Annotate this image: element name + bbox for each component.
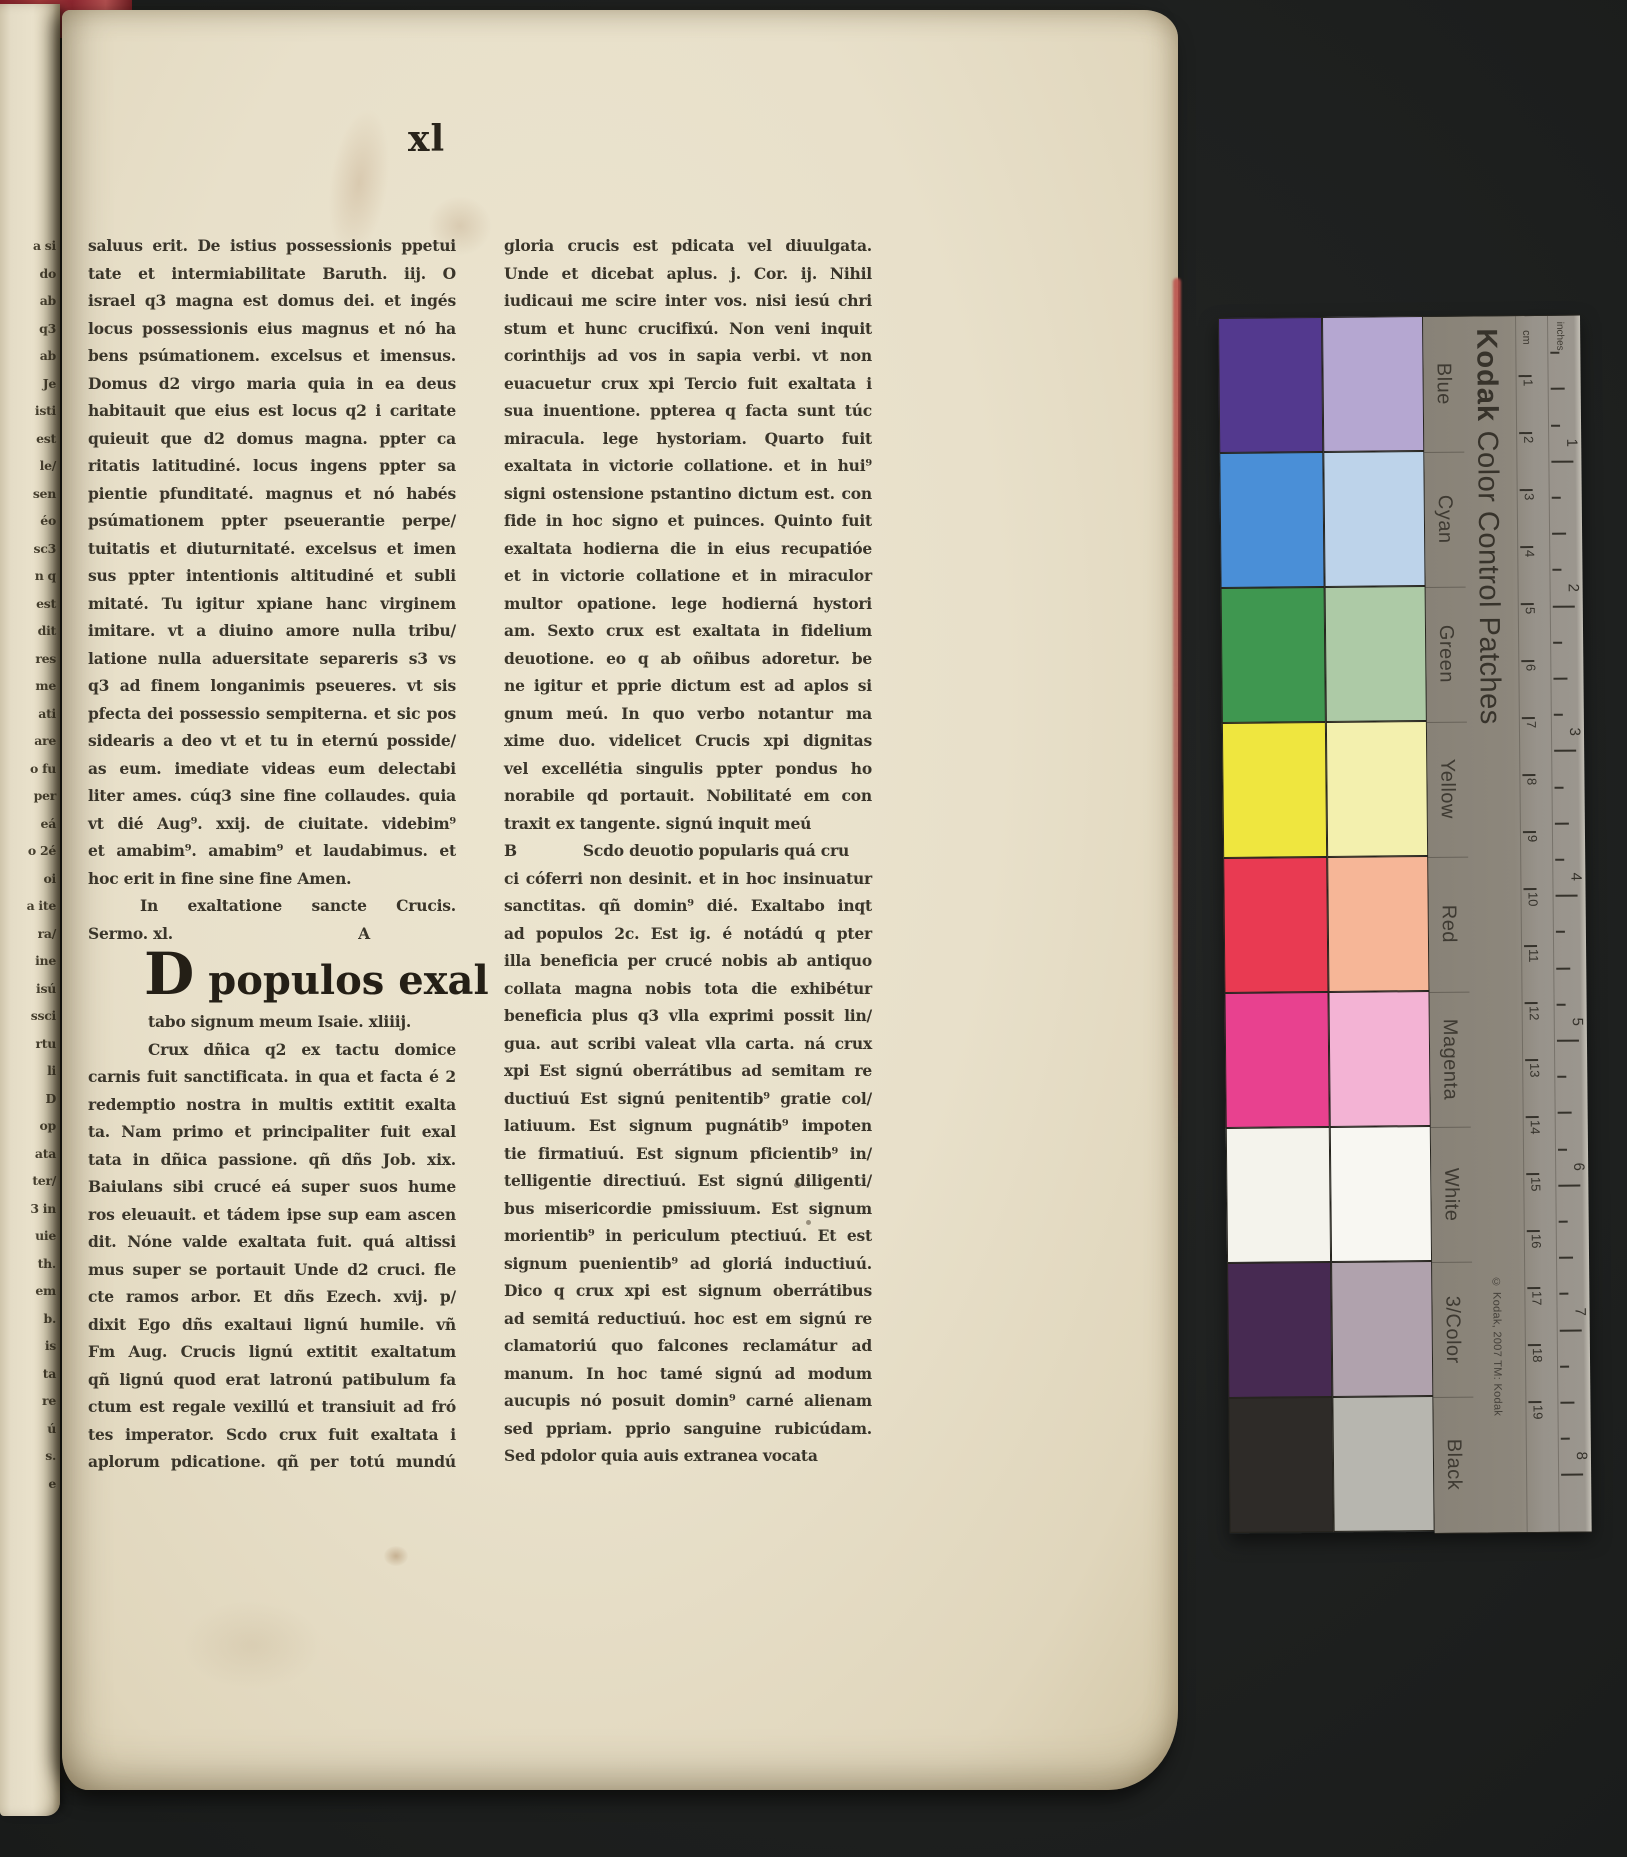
folio-number: xl — [408, 118, 445, 160]
text-line: telligentie directiuú. Est signú diligen… — [504, 1167, 872, 1195]
text-line: Baiulans sibi crucé eá super suos hume — [88, 1173, 456, 1201]
text-fragment: ata — [0, 1140, 56, 1168]
text-line: tes imperator. Scdo crux fuit exaltata i — [88, 1421, 456, 1449]
inch-quarter-tick — [1560, 1366, 1569, 1368]
inch-tick-number: 2 — [1565, 584, 1582, 593]
text-fragment: ine — [0, 947, 56, 975]
text-fragment: ú — [0, 1415, 56, 1443]
text-line: morientib⁹ in periculum ptectiuú. Et est — [504, 1222, 872, 1250]
cm-tick-number: 6 — [1523, 664, 1538, 671]
cm-tick-number: 2 — [1521, 436, 1536, 443]
inch-tick-number: 4 — [1567, 873, 1584, 882]
book-page: xl saluus erit. De istius possessionis p… — [62, 10, 1178, 1790]
color-patch-blue-pastel — [1322, 316, 1424, 452]
patch-label-cyan: Cyan — [1432, 452, 1456, 587]
cm-tick-number: 17 — [1529, 1291, 1544, 1306]
text-fragment: D — [0, 1085, 56, 1113]
text-line: clamatoriú quo falcones reclamátur ad — [504, 1332, 872, 1360]
cm-tick-number: 7 — [1524, 721, 1539, 728]
cm-tick — [1522, 717, 1535, 719]
cm-tick-number: 4 — [1522, 550, 1537, 557]
patch-label-yellow: Yellow — [1435, 722, 1459, 857]
color-patch-row — [1219, 451, 1425, 588]
row-separator — [1433, 1397, 1473, 1398]
text-line: am. Sexto crux est exaltata in fidelium — [504, 617, 872, 645]
inch-quarter-tick — [1553, 678, 1567, 680]
row-separator — [1431, 1127, 1471, 1128]
inch-quarter-tick — [1561, 1438, 1570, 1440]
cm-tick-number: 15 — [1528, 1177, 1543, 1192]
text-line: aucupis nó posuit domin⁹ carné alienam — [504, 1387, 872, 1415]
text-line: ductiuú Est signú penitentib⁹ gratie col… — [504, 1085, 872, 1113]
cm-tick-number: 10 — [1526, 892, 1541, 907]
text-line: exaltata in victorie collatione. et in h… — [504, 452, 872, 480]
text-line: sus ppter intentionis altitudiné et subl… — [88, 562, 456, 590]
text-line: traxit ex tangente. signú inquit meú — [504, 810, 872, 838]
text-line: Unde et dicebat aplus. j. Cor. ij. Nihil — [504, 260, 872, 288]
kodak-copyright: © Kodak, 2007 TM: Kodak — [1490, 1276, 1503, 1416]
cm-tick — [1522, 774, 1535, 776]
cm-tick — [1527, 1230, 1540, 1232]
text-line: dit. Nóne valde exaltata fuit. quá altis… — [88, 1228, 456, 1256]
cm-tick — [1527, 1287, 1540, 1289]
text-fragment: ab — [0, 287, 56, 315]
color-patch-row — [1218, 316, 1424, 453]
inch-tick — [1554, 750, 1576, 752]
text-fragment: e — [0, 1470, 56, 1498]
inch-quarter-tick — [1557, 1004, 1566, 1006]
color-patch-green — [1221, 587, 1326, 723]
inch-tick — [1560, 1330, 1582, 1332]
text-fragment: n q — [0, 562, 56, 590]
inch-tick-number: 5 — [1569, 1018, 1586, 1027]
text-line: xime duo. videlicet Crucis xpi dignitas — [504, 727, 872, 755]
text-fragment: me — [0, 672, 56, 700]
cm-tick — [1528, 1401, 1541, 1403]
row-separator — [1427, 722, 1467, 723]
inch-tick — [1561, 1474, 1583, 1476]
text-fragment: o 2é — [0, 837, 56, 865]
text-line: Dico q crux xpi est signum oberrátibus — [504, 1277, 872, 1305]
inch-quarter-tick — [1554, 714, 1563, 716]
color-patch-black — [1228, 1397, 1333, 1533]
inch-quarter-tick — [1558, 1149, 1567, 1151]
text-line: hoc erit in fine sine fine Amen. — [88, 865, 456, 893]
text-line: bens psúmationem. excelsus et imensus. — [88, 342, 456, 370]
text-fragment: Je — [0, 370, 56, 398]
kodak-label-panel: Kodak Color Control Patches © Kodak, 200… — [1423, 315, 1592, 1534]
color-patch-red-pastel — [1327, 856, 1429, 992]
text-line: Domus d2 virgo maria quia in ea deus — [88, 370, 456, 398]
text-fragment: ati — [0, 700, 56, 728]
inch-tick-number: 1 — [1563, 439, 1580, 448]
text-line: iudicaui me scire inter vos. nisi iesú c… — [504, 287, 872, 315]
inch-quarter-tick — [1552, 497, 1561, 499]
inch-quarter-tick — [1551, 388, 1565, 390]
sermon-display-heading: D populos exal — [88, 947, 456, 1008]
text-line: ritatis latitudiné. locus ingens ppter s… — [88, 452, 456, 480]
text-line: norabile qd portauit. Nobilitaté em con — [504, 782, 872, 810]
color-patch-magenta-pastel — [1328, 991, 1430, 1127]
cm-tick — [1523, 888, 1536, 890]
text-fragment: eá — [0, 810, 56, 838]
text-line: miracula. lege hystoriam. Quarto fuit — [504, 425, 872, 453]
text-fragment: éo — [0, 507, 56, 535]
text-line: aplorum pdicatione. qñ per totú mundú — [88, 1448, 456, 1476]
text-line: fide in hoc signo et puinces. Quinto fui… — [504, 507, 872, 535]
inch-quarter-tick — [1552, 569, 1561, 571]
text-fragment: q3 — [0, 315, 56, 343]
text-fragment: ab — [0, 342, 56, 370]
text-line: signi ostensione pstantino dictum est. c… — [504, 480, 872, 508]
text-line: BScdo deuotio popularis quá cru — [504, 837, 872, 865]
cm-tick-number: 19 — [1530, 1405, 1545, 1420]
text-fragment: isti — [0, 397, 56, 425]
text-line: pientie pfunditaté. magnus et nó habés — [88, 480, 456, 508]
patch-label-red: Red — [1436, 857, 1460, 992]
cm-tick-number: 11 — [1526, 949, 1541, 963]
text-line: as eum. imediate videas eum delectabi — [88, 755, 456, 783]
text-line: euacuetur crux xpi Tercio fuit exaltata … — [504, 370, 872, 398]
text-line: psúmationem ppter pseuerantie perpe/ — [88, 507, 456, 535]
text-line: tate et intermiabilitate Baruth. iij. O — [88, 260, 456, 288]
inch-quarter-tick — [1555, 787, 1564, 789]
inch-quarter-tick — [1556, 968, 1570, 970]
text-column-left: saluus erit. De istius possessionis ppet… — [88, 232, 456, 1476]
cm-tick — [1520, 546, 1533, 548]
kodak-brand: Kodak — [1470, 328, 1503, 422]
row-separator — [1426, 587, 1466, 588]
cm-tick — [1525, 1002, 1538, 1004]
cm-tick-number: 16 — [1529, 1234, 1544, 1249]
color-patch-row — [1223, 856, 1429, 993]
row-separator — [1429, 992, 1469, 993]
cm-tick — [1526, 1173, 1539, 1175]
text-line: israel q3 magna est domus dei. et ingés — [88, 287, 456, 315]
text-line: ad populos 2c. Est ig. é notádú q pter — [504, 920, 872, 948]
patch-label-green: Green — [1434, 587, 1458, 722]
text-fragment: a si — [0, 232, 56, 260]
color-patch-blue — [1218, 317, 1323, 453]
cm-tick-number: 13 — [1527, 1063, 1542, 1078]
text-line: tata in dñica passione. qñ dñs Job. xix. — [88, 1146, 456, 1174]
text-line: beneficia plus q3 vlla exprimi possit li… — [504, 1002, 872, 1030]
text-line: latiuum. Est signum pugnátib⁹ impoten — [504, 1112, 872, 1140]
color-patch-row — [1221, 586, 1427, 723]
text-line: q3 ad finem longanimis pseueres. vt sis — [88, 672, 456, 700]
text-line: latione nulla aduersitate separeris s3 v… — [88, 645, 456, 673]
inch-quarter-tick — [1551, 425, 1560, 427]
color-patch-red — [1223, 857, 1328, 993]
text-line: In exaltatione sancte Crucis. — [88, 892, 456, 920]
cm-tick — [1524, 945, 1537, 947]
inch-quarter-tick — [1559, 1293, 1568, 1295]
text-fragment: ta — [0, 1360, 56, 1388]
cm-tick-number: 8 — [1524, 778, 1539, 785]
text-line: illa beneficia per crucé nobis ab antiqu… — [504, 947, 872, 975]
inch-tick-number: 3 — [1566, 728, 1583, 737]
kodak-title: Kodak Color Control Patches — [1469, 328, 1506, 725]
text-line: exaltata hodierna die in eius recupatióe — [504, 535, 872, 563]
text-fragment: ra/ — [0, 920, 56, 948]
inches-unit-label: inches — [1554, 322, 1565, 351]
text-fragment: em — [0, 1277, 56, 1305]
text-line: mitaté. Tu igitur xpiane hanc virginem — [88, 590, 456, 618]
paper-spot — [384, 1546, 408, 1566]
cm-tick-number: 1 — [1521, 379, 1536, 386]
initial-letter: B — [504, 837, 517, 865]
cm-tick — [1521, 603, 1534, 605]
cm-tick-number: 5 — [1523, 607, 1538, 614]
cm-tick — [1521, 660, 1534, 662]
text-fragment: est — [0, 590, 56, 618]
inch-tick-number: 7 — [1572, 1307, 1589, 1316]
cm-tick — [1523, 831, 1536, 833]
text-line: gnum meú. In quo verbo notantur ma — [504, 700, 872, 728]
inch-tick — [1553, 606, 1575, 608]
color-patch-row — [1224, 991, 1430, 1128]
text-line: signum puenientib⁹ ad gloriá inductiuú. — [504, 1250, 872, 1278]
text-line: carnis fuit sanctificata. in qua et fact… — [88, 1063, 456, 1091]
cm-tick — [1528, 1344, 1541, 1346]
text-line: ne igitur et pprie dictum est ad aplos s… — [504, 672, 872, 700]
text-line: Fm Aug. Crucis lignú extitit exaltatum — [88, 1338, 456, 1366]
color-patch-grid — [1218, 316, 1435, 1533]
inch-quarter-tick — [1559, 1221, 1568, 1223]
text-line: bus misericordie pmissiuum. Est signum — [504, 1195, 872, 1223]
text-line: ros eleuauit. et tádem ipse sup eam asce… — [88, 1201, 456, 1229]
text-segment: Scdo deuotio popularis quá cru — [583, 837, 849, 865]
inch-tick — [1557, 1040, 1579, 1042]
text-line: sed ppriam. pprio sanguine rubicúdam. — [504, 1415, 872, 1443]
previous-page-edge: a sidoabq3abJeistiestle/senéosc3n qestdi… — [0, 4, 60, 1816]
cm-tick — [1520, 489, 1533, 491]
text-fragment: sen — [0, 480, 56, 508]
text-fragment: th. — [0, 1250, 56, 1278]
inch-quarter-tick — [1555, 823, 1569, 825]
inch-quarter-tick — [1556, 931, 1565, 933]
text-fragment: do — [0, 260, 56, 288]
text-line: dixit Ego dñs exaltaui lignú humile. vñ — [88, 1311, 456, 1339]
color-patch-white — [1226, 1127, 1331, 1263]
text-column-right: gloria crucis est pdicata vel diuulgata.… — [504, 232, 872, 1470]
inch-tick-number: 8 — [1573, 1451, 1590, 1460]
text-fragment: s. — [0, 1442, 56, 1470]
text-line: deuotione. eo q ab oñibus adoretur. be — [504, 645, 872, 673]
text-fragment: per — [0, 782, 56, 810]
text-fragment: isú — [0, 975, 56, 1003]
text-line: corinthijs ad vos in sapia verbi. vt non — [504, 342, 872, 370]
inch-quarter-tick — [1553, 642, 1562, 644]
text-line: et amabim⁹. amabim⁹ et laudabimus. et — [88, 837, 456, 865]
cm-tick — [1519, 432, 1532, 434]
text-fragment: ter/ — [0, 1167, 56, 1195]
text-line: quieuit que d2 domus magna. ppter ca — [88, 425, 456, 453]
text-line: sanctitas. qñ domin⁹ dié. Exaltabo inqt — [504, 892, 872, 920]
text-fragment: re — [0, 1387, 56, 1415]
text-line: saluus erit. De istius possessionis ppet… — [88, 232, 456, 260]
text-line: sidearis a deo vt et tu in eternú possid… — [88, 727, 456, 755]
text-line: manum. In hoc tamé signú ad modum — [504, 1360, 872, 1388]
cm-tick — [1526, 1116, 1539, 1118]
color-patch-row — [1228, 1396, 1434, 1533]
red-fore-edge — [1173, 278, 1181, 1144]
text-fragment: ssci — [0, 1002, 56, 1030]
text-fragment: a ite — [0, 892, 56, 920]
cm-tick-number: 18 — [1530, 1348, 1545, 1363]
text-fragment: res — [0, 645, 56, 673]
paper-stain — [182, 1600, 322, 1690]
cm-unit-label: cm — [1520, 330, 1532, 345]
cm-tick — [1519, 375, 1532, 377]
text-fragment: le/ — [0, 452, 56, 480]
inch-quarter-tick — [1559, 1257, 1573, 1259]
text-fragment: rtu — [0, 1030, 56, 1058]
text-line: pfecta dei possessio sempiterna. et sic … — [88, 700, 456, 728]
text-line: gloria crucis est pdicata vel diuulgata. — [504, 232, 872, 260]
text-line: vel excellétia singulis ppter pondus ho — [504, 755, 872, 783]
inch-quarter-tick — [1552, 533, 1566, 535]
row-separator — [1428, 857, 1468, 858]
inch-quarter-tick — [1557, 1076, 1566, 1078]
signature-mark: A — [358, 920, 370, 948]
inch-tick-number: 6 — [1570, 1162, 1587, 1171]
text-fragment: op — [0, 1112, 56, 1140]
text-fragment: sc3 — [0, 535, 56, 563]
text-fragment: uie — [0, 1222, 56, 1250]
patch-label-magenta: Magenta — [1437, 992, 1461, 1127]
inch-quarter-tick — [1550, 352, 1559, 354]
text-fragment: 3 in — [0, 1195, 56, 1223]
text-line: stum et hunc crucifixú. Non veni inquit — [504, 315, 872, 343]
patch-label-3/color: 3/Color — [1440, 1262, 1464, 1397]
patch-label-black: Black — [1441, 1397, 1465, 1532]
patch-label-blue: Blue — [1431, 317, 1455, 452]
color-patch-white-pastel — [1330, 1126, 1432, 1262]
text-fragment: is — [0, 1332, 56, 1360]
text-line: sua inuentione. ppterea q facta sunt túc — [504, 397, 872, 425]
text-line: liter ames. cúq3 sine fine collaudes. qu… — [88, 782, 456, 810]
inch-tick — [1551, 461, 1573, 463]
text-fragment: oi — [0, 865, 56, 893]
text-fragment: est — [0, 425, 56, 453]
inch-tick — [1558, 1185, 1580, 1187]
text-fragment: dit — [0, 617, 56, 645]
text-line: ci cóferri non desinit. et in hoc insinu… — [504, 865, 872, 893]
previous-page-text-fragments: a sidoabq3abJeistiestle/senéosc3n qestdi… — [0, 232, 59, 1497]
cm-tick-number: 12 — [1527, 1006, 1542, 1021]
color-patch-row — [1226, 1126, 1432, 1263]
color-patch-green-pastel — [1325, 586, 1427, 722]
inch-quarter-tick — [1558, 1112, 1572, 1114]
text-line: ta. Nam primo et principaliter fuit exal — [88, 1118, 456, 1146]
text-line: habitauit que eius est locus q2 i carita… — [88, 397, 456, 425]
row-separator — [1424, 452, 1464, 453]
color-patch-cyan — [1219, 452, 1324, 588]
text-fragment: li — [0, 1057, 56, 1085]
color-patch-3/color-pastel — [1331, 1261, 1433, 1397]
text-line: tuitatis et diuturnitaté. excelsus et im… — [88, 535, 456, 563]
color-patch-cyan-pastel — [1323, 451, 1425, 587]
text-line: Sed pdolor quia auis extranea vocata — [504, 1442, 872, 1470]
text-line: collata magna nobis tota die exhibétur — [504, 975, 872, 1003]
text-fragment: o fu — [0, 755, 56, 783]
cm-tick-number: 14 — [1528, 1120, 1543, 1135]
text-line: imitare. vt a diuino amore nulla tribu/ — [88, 617, 456, 645]
text-line: cte ramos arbor. Et dñs Ezech. xvij. p/ — [88, 1283, 456, 1311]
color-patch-yellow — [1222, 722, 1327, 858]
color-patch-3/color — [1227, 1262, 1332, 1398]
text-line: Crux dñica q2 ex tactu domice — [88, 1036, 456, 1064]
cm-tick-number: 9 — [1525, 835, 1540, 842]
text-line: gua. aut scribi valeat vlla carta. ná cr… — [504, 1030, 872, 1058]
text-line: mus super se portauit Unde d2 cruci. fle — [88, 1256, 456, 1284]
color-patch-row — [1227, 1261, 1433, 1398]
text-line: qñ lignú quod erat latronú patibulum fa — [88, 1366, 456, 1394]
color-patch-black-pastel — [1332, 1396, 1434, 1532]
text-line: tie firmatiuú. Est signum pficientib⁹ in… — [504, 1140, 872, 1168]
inch-quarter-tick — [1555, 859, 1564, 861]
patch-label-white: White — [1439, 1127, 1463, 1262]
row-separator — [1432, 1262, 1472, 1263]
text-line: xpi Est signú oberrátibus ad semitam re — [504, 1057, 872, 1085]
text-fragment: b. — [0, 1305, 56, 1333]
color-patch-row — [1222, 721, 1428, 858]
cm-tick-number: 3 — [1522, 493, 1537, 500]
text-line: multor opatione. lege hodierná hystori — [504, 590, 872, 618]
text-line: ad semitá reductiuú. hoc est em signú re — [504, 1305, 872, 1333]
inch-quarter-tick — [1560, 1402, 1574, 1404]
text-fragment: are — [0, 727, 56, 755]
text-line: locus possessionis eius magnus et nó ha — [88, 315, 456, 343]
text-line: et in victorie collatione et in miraculo… — [504, 562, 872, 590]
cm-tick — [1525, 1059, 1538, 1061]
text-line: ctum est regale vexillú et transiuit ad … — [88, 1393, 456, 1421]
text-line: tabo signum meum Isaie. xliiij. — [88, 1008, 456, 1036]
text-line: vt dié Aug⁹. xxij. de ciuitate. videbim⁹ — [88, 810, 456, 838]
color-patch-yellow-pastel — [1326, 721, 1428, 857]
kodak-color-target: Kodak Color Control Patches © Kodak, 200… — [1218, 315, 1592, 1534]
text-line: redemptio nostra in multis extitit exalt… — [88, 1091, 456, 1119]
inch-tick — [1556, 895, 1578, 897]
kodak-title-rest: Color Control Patches — [1471, 422, 1506, 725]
color-patch-magenta — [1224, 992, 1329, 1128]
